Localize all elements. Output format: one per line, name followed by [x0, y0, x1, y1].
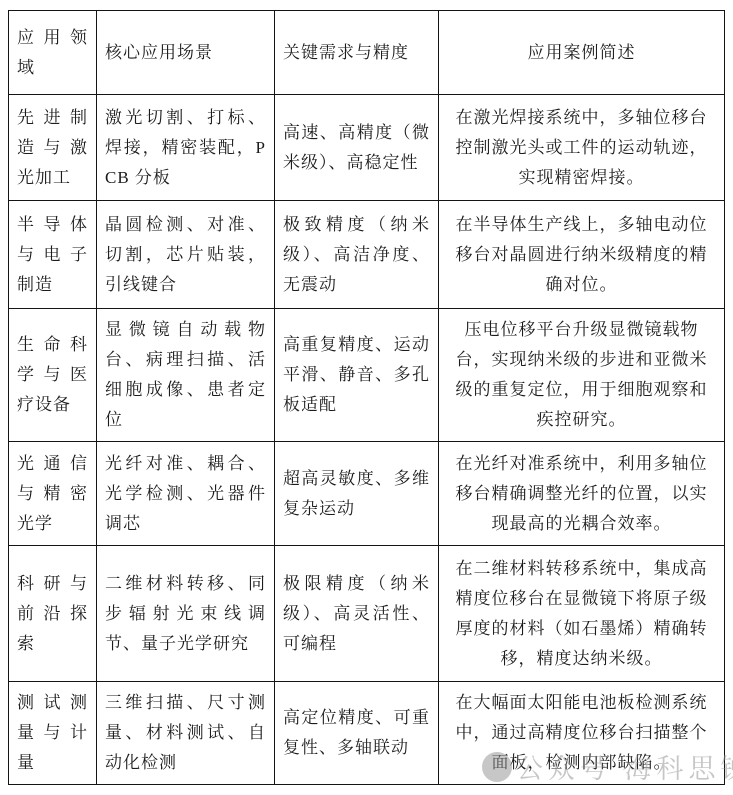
cell-field: 生命科学与医疗设备 — [9, 309, 97, 442]
cell-case: 在半导体生产线上，多轴电动位移台对晶圆进行纳米级精度的精确对位。 — [439, 201, 725, 309]
cell-scenarios: 显微镜自动载物台、病理扫描、活细胞成像、患者定位 — [97, 309, 275, 442]
cell-scenarios: 三维扫描、尺寸测量、材料测试、自动化检测 — [97, 682, 275, 785]
cell-requirements: 极致精度（纳米级）、高洁净度、无震动 — [275, 201, 439, 309]
header-row: 应用领域 核心应用场景 关键需求与精度 应用案例简述 — [9, 11, 725, 95]
cell-field: 测试测量与计量 — [9, 682, 97, 785]
cell-case: 在大幅面太阳能电池板检测系统中，通过高精度位移台扫描整个面板，检测内部缺陷。 — [439, 682, 725, 785]
cell-requirements: 高重复精度、运动平滑、静音、多孔板适配 — [275, 309, 439, 442]
header-cell-scenarios: 核心应用场景 — [97, 11, 275, 95]
cell-scenarios: 晶圆检测、对准、切割，芯片贴装，引线键合 — [97, 201, 275, 309]
cell-requirements: 超高灵敏度、多维复杂运动 — [275, 442, 439, 546]
table-row: 光通信与精密光学 光纤对准、耦合、光学检测、光器件调芯 超高灵敏度、多维复杂运动… — [9, 442, 725, 546]
cell-requirements: 高定位精度、可重复性、多轴联动 — [275, 682, 439, 785]
cell-requirements: 高速、高精度（微米级）、高稳定性 — [275, 95, 439, 201]
table-row: 半导体与电子制造 晶圆检测、对准、切割，芯片贴装，引线键合 极致精度（纳米级）、… — [9, 201, 725, 309]
cell-case: 在激光焊接系统中，多轴位移台控制激光头或工件的运动轨迹，实现精密焊接。 — [439, 95, 725, 201]
cell-field: 科研与前沿探索 — [9, 546, 97, 682]
header-cell-requirements: 关键需求与精度 — [275, 11, 439, 95]
cell-field: 先进制造与激光加工 — [9, 95, 97, 201]
table-row: 科研与前沿探索 二维材料转移、同步辐射光束线调节、量子光学研究 极限精度（纳米级… — [9, 546, 725, 682]
cell-scenarios: 激光切割、打标、焊接，精密装配，PCB 分板 — [97, 95, 275, 201]
cell-field: 光通信与精密光学 — [9, 442, 97, 546]
header-cell-field: 应用领域 — [9, 11, 97, 95]
cell-case: 压电位移平台升级显微镜载物台，实现纳米级的步进和亚微米级的重复定位，用于细胞观察… — [439, 309, 725, 442]
table-row: 生命科学与医疗设备 显微镜自动载物台、病理扫描、活细胞成像、患者定位 高重复精度… — [9, 309, 725, 442]
cell-case: 在光纤对准系统中，利用多轴位移台精确调整光纤的位置，以实现最高的光耦合效率。 — [439, 442, 725, 546]
cell-case: 在二维材料转移系统中，集成高精度位移台在显微镜下将原子级厚度的材料（如石墨烯）精… — [439, 546, 725, 682]
applications-table: 应用领域 核心应用场景 关键需求与精度 应用案例简述 先进制造与激光加工 激光切… — [8, 10, 725, 785]
cell-scenarios: 二维材料转移、同步辐射光束线调节、量子光学研究 — [97, 546, 275, 682]
table-row: 先进制造与激光加工 激光切割、打标、焊接，精密装配，PCB 分板 高速、高精度（… — [9, 95, 725, 201]
header-cell-case: 应用案例简述 — [439, 11, 725, 95]
table-row: 测试测量与计量 三维扫描、尺寸测量、材料测试、自动化检测 高定位精度、可重复性、… — [9, 682, 725, 785]
cell-requirements: 极限精度（纳米级）、高灵活性、可编程 — [275, 546, 439, 682]
cell-field: 半导体与电子制造 — [9, 201, 97, 309]
cell-scenarios: 光纤对准、耦合、光学检测、光器件调芯 — [97, 442, 275, 546]
